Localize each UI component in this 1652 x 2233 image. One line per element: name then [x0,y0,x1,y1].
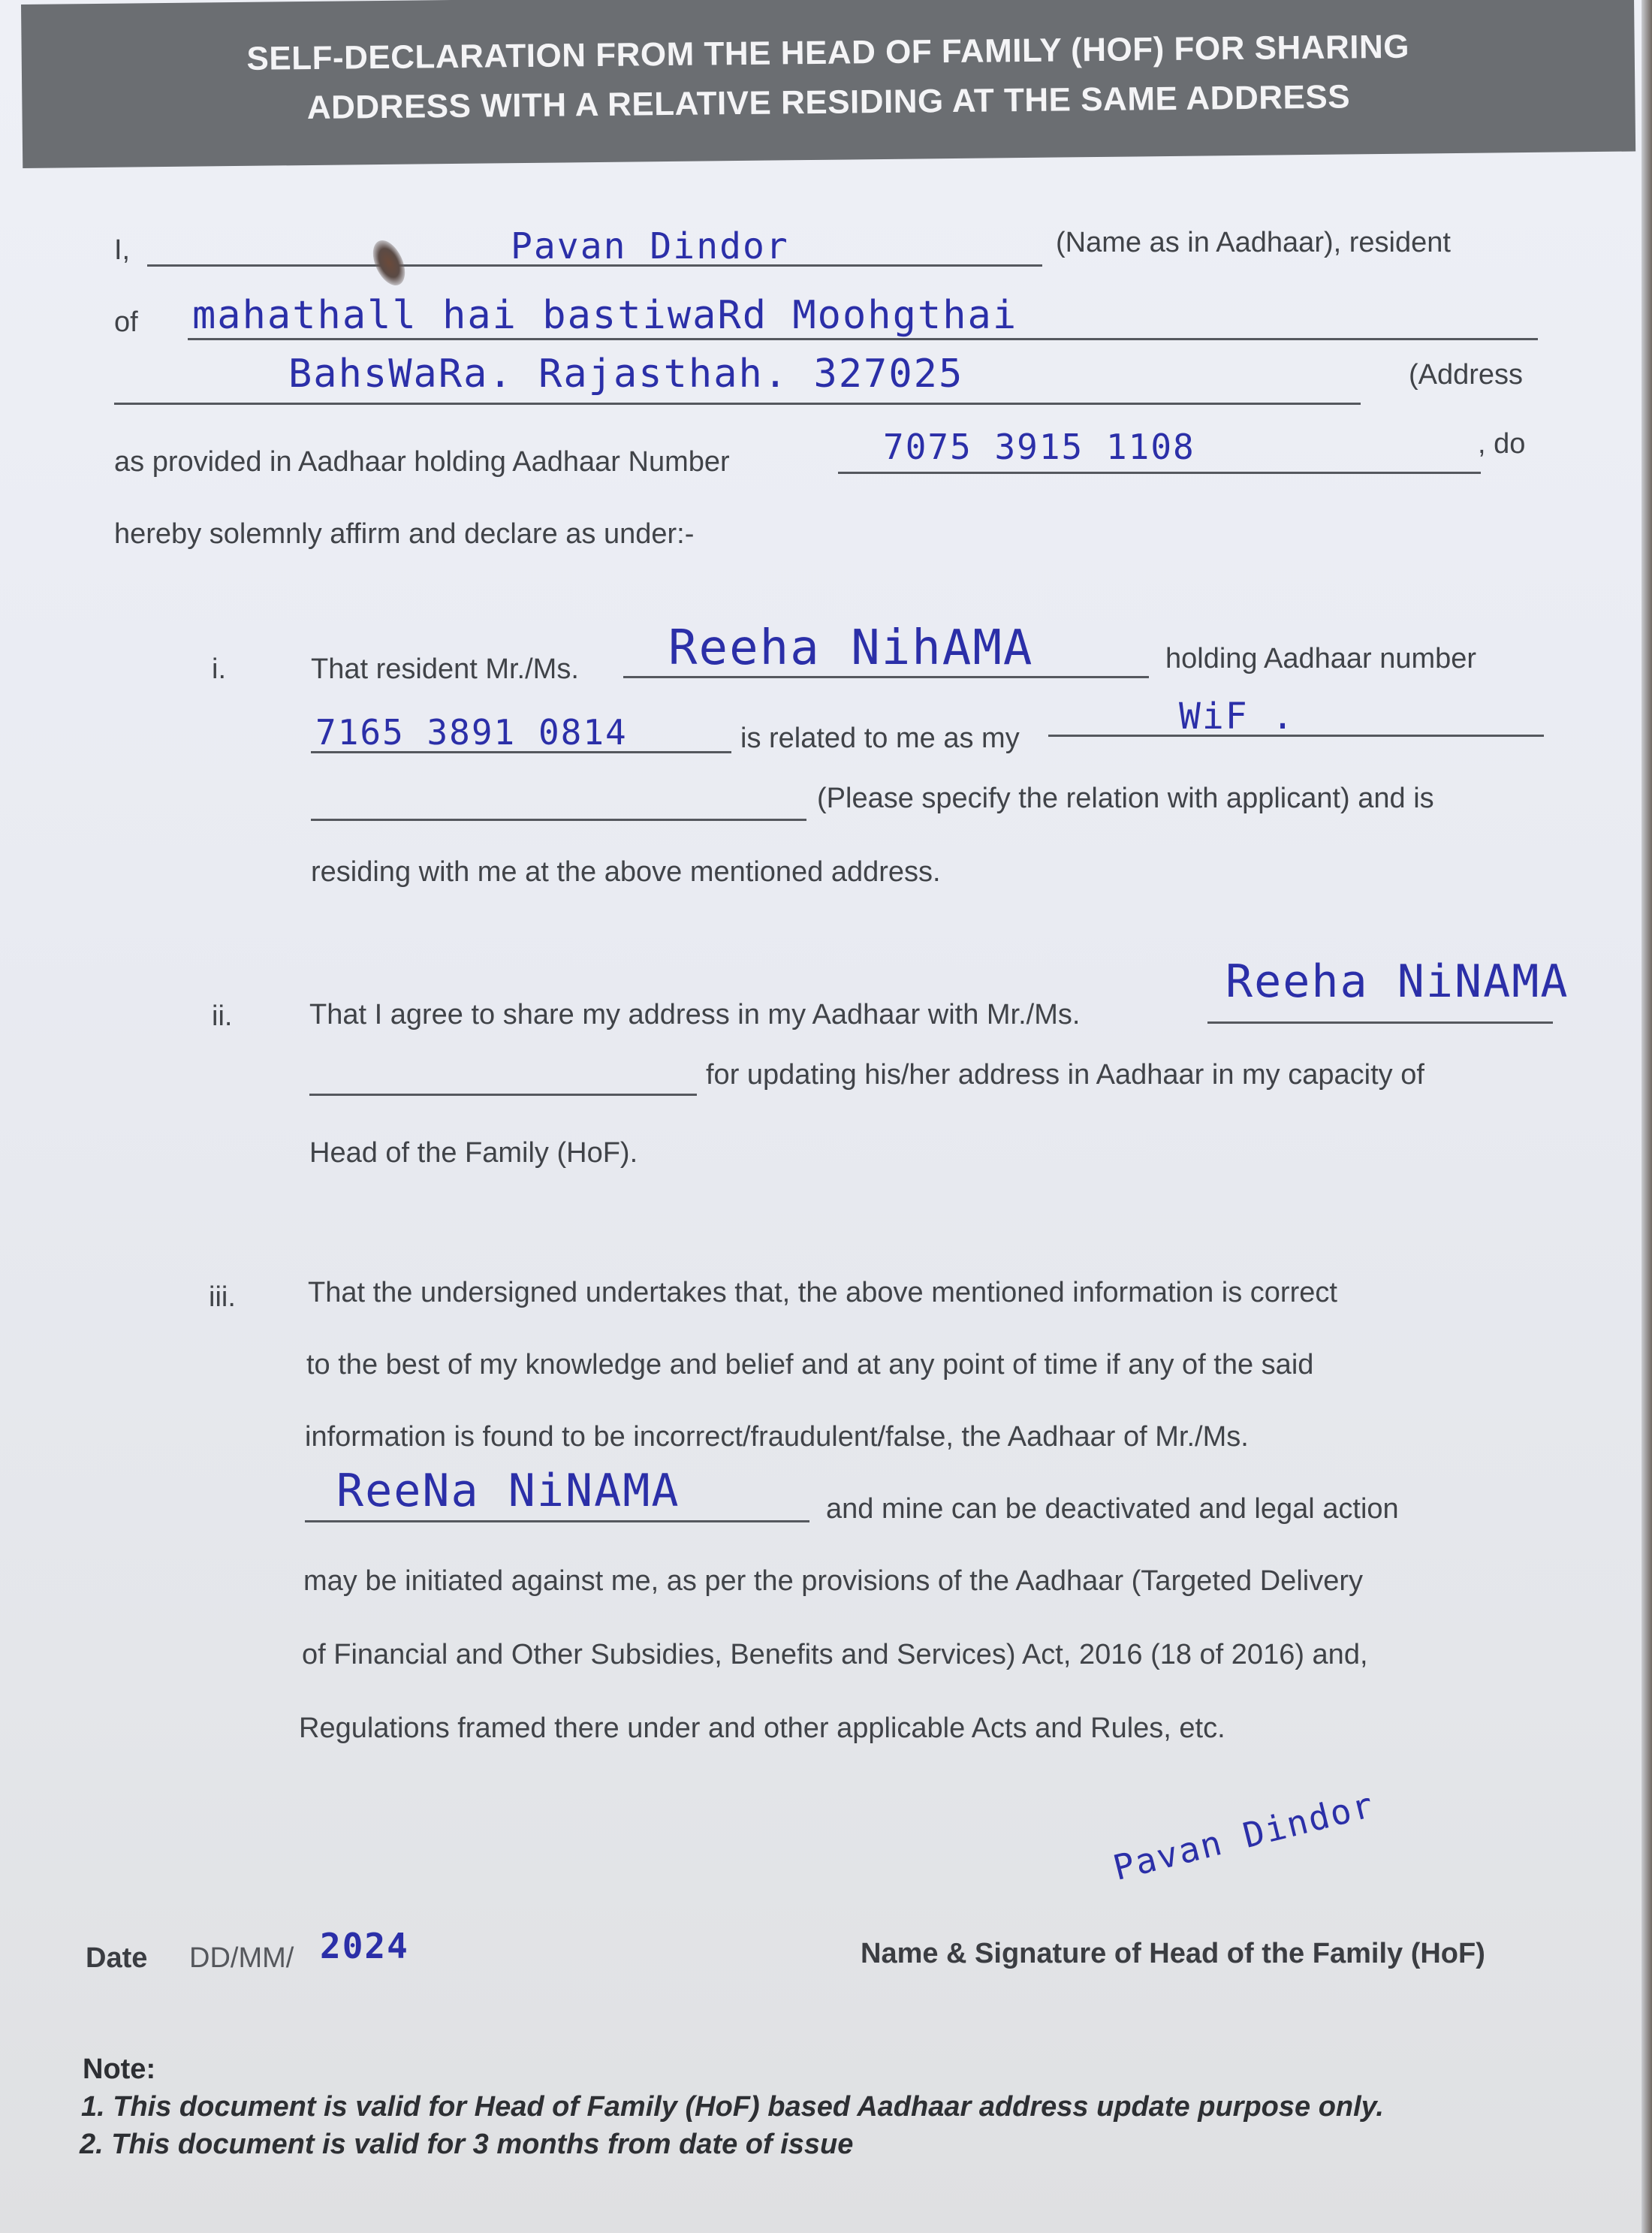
clause-2-part2: for updating his/her address in Aadhaar … [706,1059,1424,1091]
declarant-aadhaar-field[interactable]: 7075 3915 1108 [883,427,1195,467]
relation-line [1048,735,1544,737]
share-name-line-2 [309,1094,697,1096]
relation-specify-line [311,819,806,821]
aadhaar-suffix: , do [1478,428,1525,460]
clause-2-part1: That I agree to share my address in my A… [309,999,1080,1031]
fly-on-paper [366,235,411,290]
resident-name-field[interactable]: Reeha NihAMA [668,620,1033,676]
clause-3-numeral: iii. [209,1281,236,1314]
note-item-2: 2. This document is valid for 3 months f… [80,2129,853,2161]
address-suffix: (Address [1409,359,1523,391]
address-field-1[interactable]: mahathall hai bastiwaRd Moohgthai [192,293,1017,338]
clause-3-line2: to the best of my knowledge and belief a… [306,1349,1313,1381]
clause-1-part1: That resident Mr./Ms. [311,653,579,686]
address-field-2[interactable]: BahsWaRa. Rajasthah. 327025 [288,352,963,397]
relation-field[interactable]: WiF . [1179,696,1295,738]
address-line-2 [114,403,1361,405]
clause-1-part2: holding Aadhaar number [1165,643,1476,675]
title-banner: SELF-DECLARATION FROM THE HEAD OF FAMILY… [21,0,1635,168]
clause-3-line6: of Financial and Other Subsidies, Benefi… [302,1639,1368,1671]
share-name-line [1207,1021,1553,1024]
clause-3-line4: and mine can be deactivated and legal ac… [826,1493,1399,1525]
clause-1-numeral: i. [212,653,226,686]
clause-3-line3: information is found to be incorrect/fra… [305,1421,1249,1453]
declarant-prefix: I, [114,234,130,267]
clause-1-part3: is related to me as my [740,723,1020,755]
clause-3-line5: may be initiated against me, as per the … [303,1565,1363,1598]
affirm-text: hereby solemnly affirm and declare as un… [114,518,694,551]
note-item-1: 1. This document is valid for Head of Fa… [81,2091,1384,2123]
declarant-name-field[interactable]: Pavan Dindor [511,225,789,267]
title-line-2: ADDRESS WITH A RELATIVE RESIDING AT THE … [306,72,1350,133]
date-format: DD/MM/ [189,1942,294,1975]
signature[interactable]: Pavan Dindor [1109,1784,1379,1888]
resident-aadhaar-field[interactable]: 7165 3891 0814 [315,712,628,753]
clause-2-part3: Head of the Family (HoF). [309,1137,638,1169]
signature-label: Name & Signature of Head of the Family (… [861,1938,1485,1970]
clause-3-line1: That the undersigned undertakes that, th… [308,1277,1337,1309]
resident-name-line [623,676,1149,678]
notes-heading: Note: [83,2053,155,2086]
clause-2-numeral: ii. [212,1000,232,1033]
share-name-field[interactable]: Reeha NiNAMA [1225,955,1569,1008]
aadhaar-prefix: as provided in Aadhaar holding Aadhaar N… [114,446,730,478]
undertaking-name-field[interactable]: ReeNa NiNAMA [336,1465,680,1517]
name-field-suffix: (Name as in Aadhaar), resident [1056,227,1451,259]
date-label: Date [86,1942,147,1975]
date-year-field[interactable]: 2024 [320,1926,409,1966]
clause-1-part4: (Please specify the relation with applic… [817,783,1434,815]
page-edge [1641,0,1652,2233]
undertaking-name-line [305,1520,809,1522]
of-label: of [114,306,138,339]
clause-1-part5: residing with me at the above mentioned … [311,856,941,889]
address-line-1 [188,338,1538,340]
aadhaar-field-line [838,472,1481,474]
clause-3-line7: Regulations framed there under and other… [299,1712,1225,1745]
